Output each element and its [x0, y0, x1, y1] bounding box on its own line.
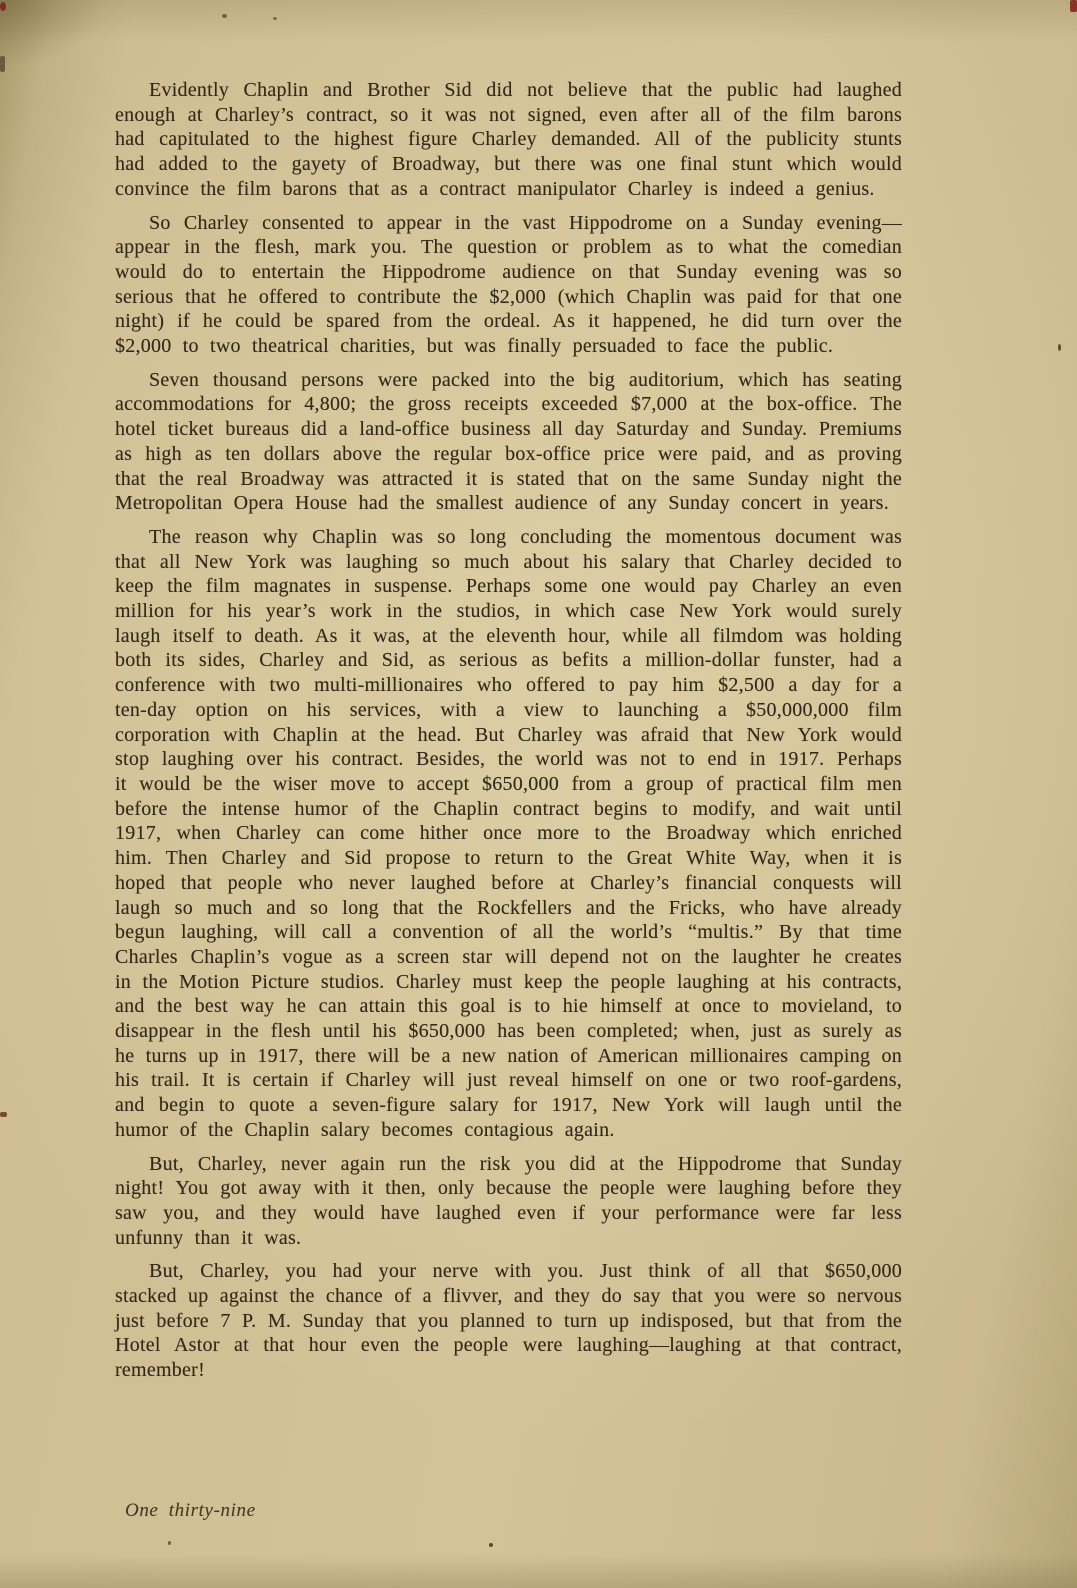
book-page: Evidently Chaplin and Brother Sid did no… [0, 0, 1077, 1588]
paragraph-6: But, Charley, you had your nerve with yo… [115, 1259, 902, 1383]
paper-speck [0, 56, 5, 72]
paper-speck [1070, 0, 1077, 12]
paper-speck [273, 17, 277, 20]
paper-speck [489, 1543, 493, 1547]
paper-speck [0, 1112, 7, 1117]
paper-speck [168, 1541, 171, 1545]
page-text-block: Evidently Chaplin and Brother Sid did no… [115, 78, 902, 1392]
paper-speck [633, 113, 636, 116]
paragraph-2: So Charley consented to appear in the va… [115, 211, 902, 359]
paragraph-4: The reason why Chaplin was so long concl… [115, 525, 902, 1143]
paragraph-5: But, Charley, never again run the risk y… [115, 1152, 902, 1251]
page-number-folio: One thirty-nine [125, 1500, 256, 1522]
paper-speck [1058, 344, 1061, 351]
paragraph-3: Seven thousand persons were packed into … [115, 368, 902, 516]
paper-speck [0, 2, 6, 11]
paragraph-1: Evidently Chaplin and Brother Sid did no… [115, 78, 902, 202]
paper-speck [222, 14, 227, 18]
